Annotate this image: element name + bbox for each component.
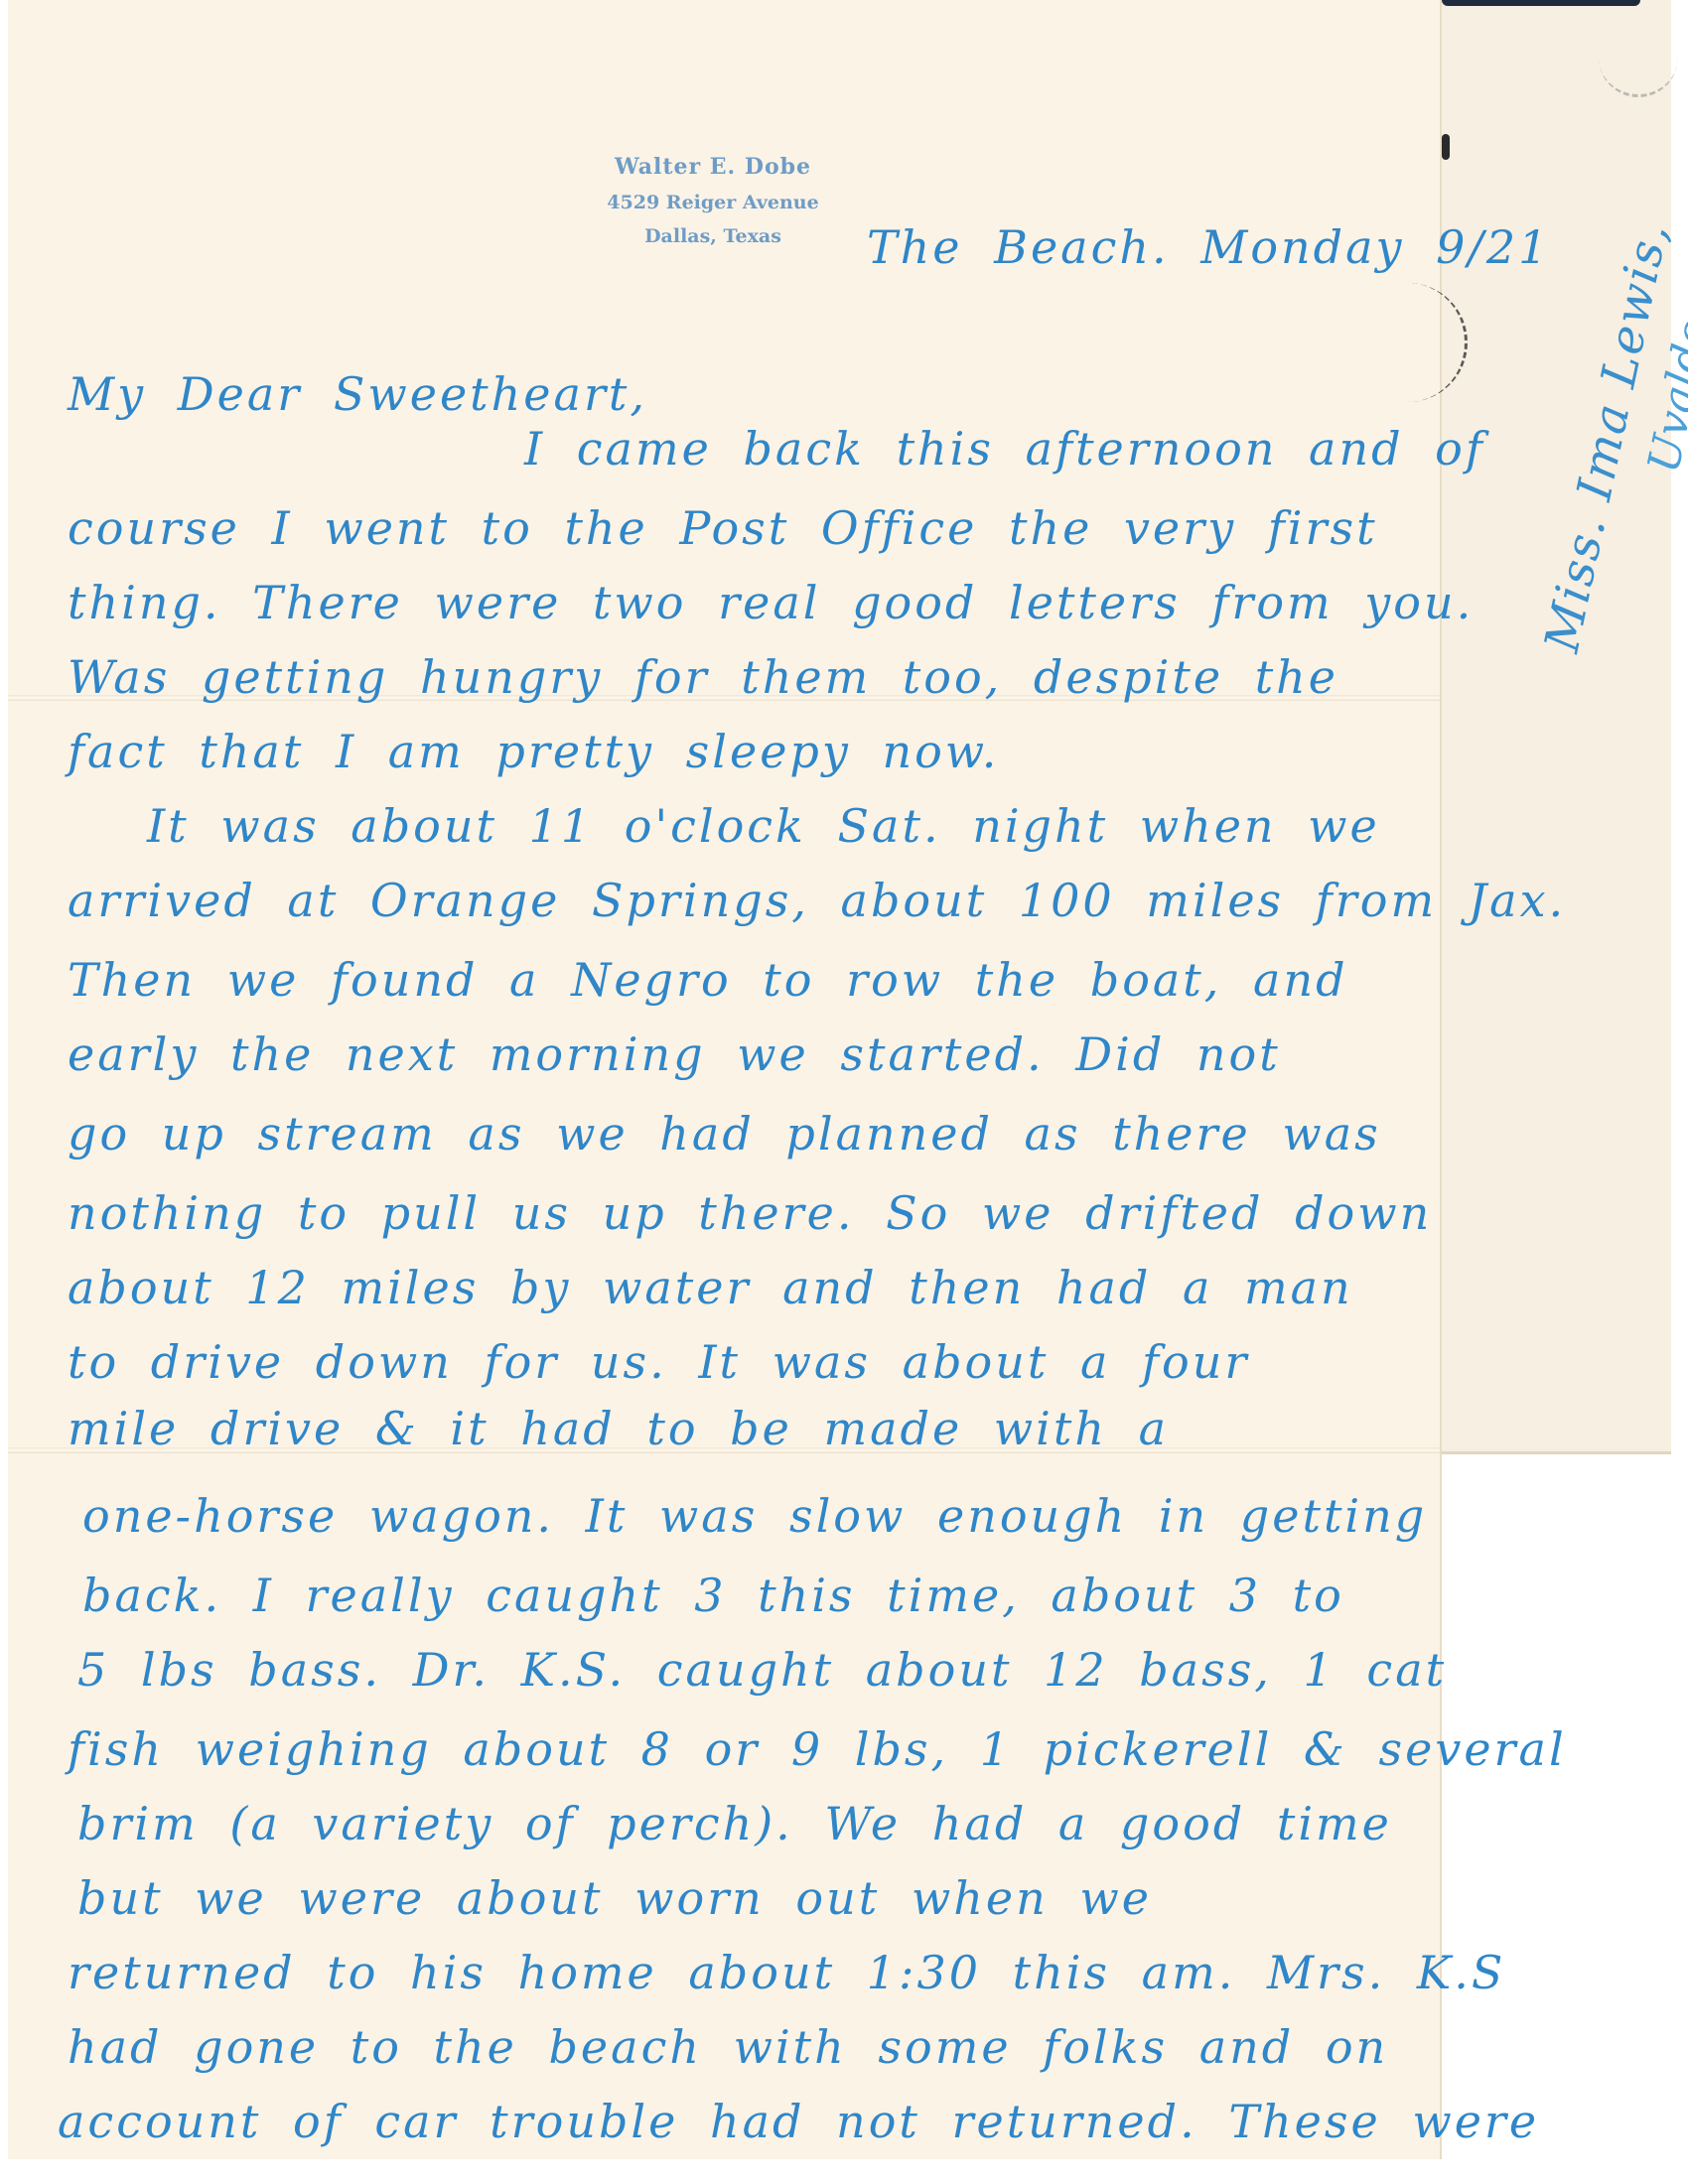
body-line: course I went to the Post Office the ver… [68, 501, 1378, 555]
envelope-top-edge-shadow [1442, 0, 1640, 6]
letterhead: Walter E. Dobe 4529 Reiger Avenue Dallas… [564, 154, 862, 247]
body-line: early the next morning we started. Did n… [68, 1027, 1281, 1081]
body-line: fish weighing about 8 or 9 lbs, 1 picker… [68, 1722, 1567, 1776]
salutation: My Dear Sweetheart, [68, 367, 647, 421]
body-line: account of car trouble had not returned.… [58, 2095, 1539, 2148]
body-line: back. I really caught 3 this time, about… [82, 1569, 1344, 1622]
letterhead-street: 4529 Reiger Avenue [564, 192, 862, 213]
body-line: mile drive & it had to be made with a [68, 1402, 1169, 1455]
letter-sheet: Walter E. Dobe 4529 Reiger Avenue Dallas… [8, 0, 1440, 2159]
body-line: I came back this afternoon and of [524, 422, 1485, 476]
body-line: go up stream as we had planned as there … [68, 1107, 1381, 1160]
body-line: one-horse wagon. It was slow enough in g… [82, 1489, 1427, 1543]
body-line: returned to his home about 1:30 this am.… [68, 1946, 1505, 1999]
body-line: Then we found a Negro to row the boat, a… [68, 953, 1348, 1007]
body-line: Was getting hungry for them too, despite… [68, 650, 1338, 704]
letterhead-name: Walter E. Dobe [564, 154, 862, 180]
body-line: brim (a variety of perch). We had a good… [77, 1797, 1392, 1850]
body-line: to drive down for us. It was about a fou… [68, 1335, 1249, 1389]
body-line: It was about 11 o'clock Sat. night when … [147, 799, 1380, 853]
body-line: nothing to pull us up there. So we drift… [68, 1186, 1432, 1240]
body-line: thing. There were two real good letters … [68, 576, 1474, 629]
ink-blot [1442, 134, 1450, 160]
body-line: about 12 miles by water and then had a m… [68, 1261, 1353, 1314]
dateline: The Beach. Monday 9/21 [867, 220, 1550, 274]
body-line: arrived at Orange Springs, about 100 mil… [68, 874, 1566, 927]
body-line: had gone to the beach with some folks an… [68, 2020, 1388, 2074]
body-line: 5 lbs bass. Dr. K.S. caught about 12 bas… [77, 1643, 1447, 1697]
body-line: but we were about worn out when we [77, 1871, 1152, 1925]
letterhead-city: Dallas, Texas [564, 225, 862, 247]
body-line: fact that I am pretty sleepy now. [68, 725, 999, 778]
